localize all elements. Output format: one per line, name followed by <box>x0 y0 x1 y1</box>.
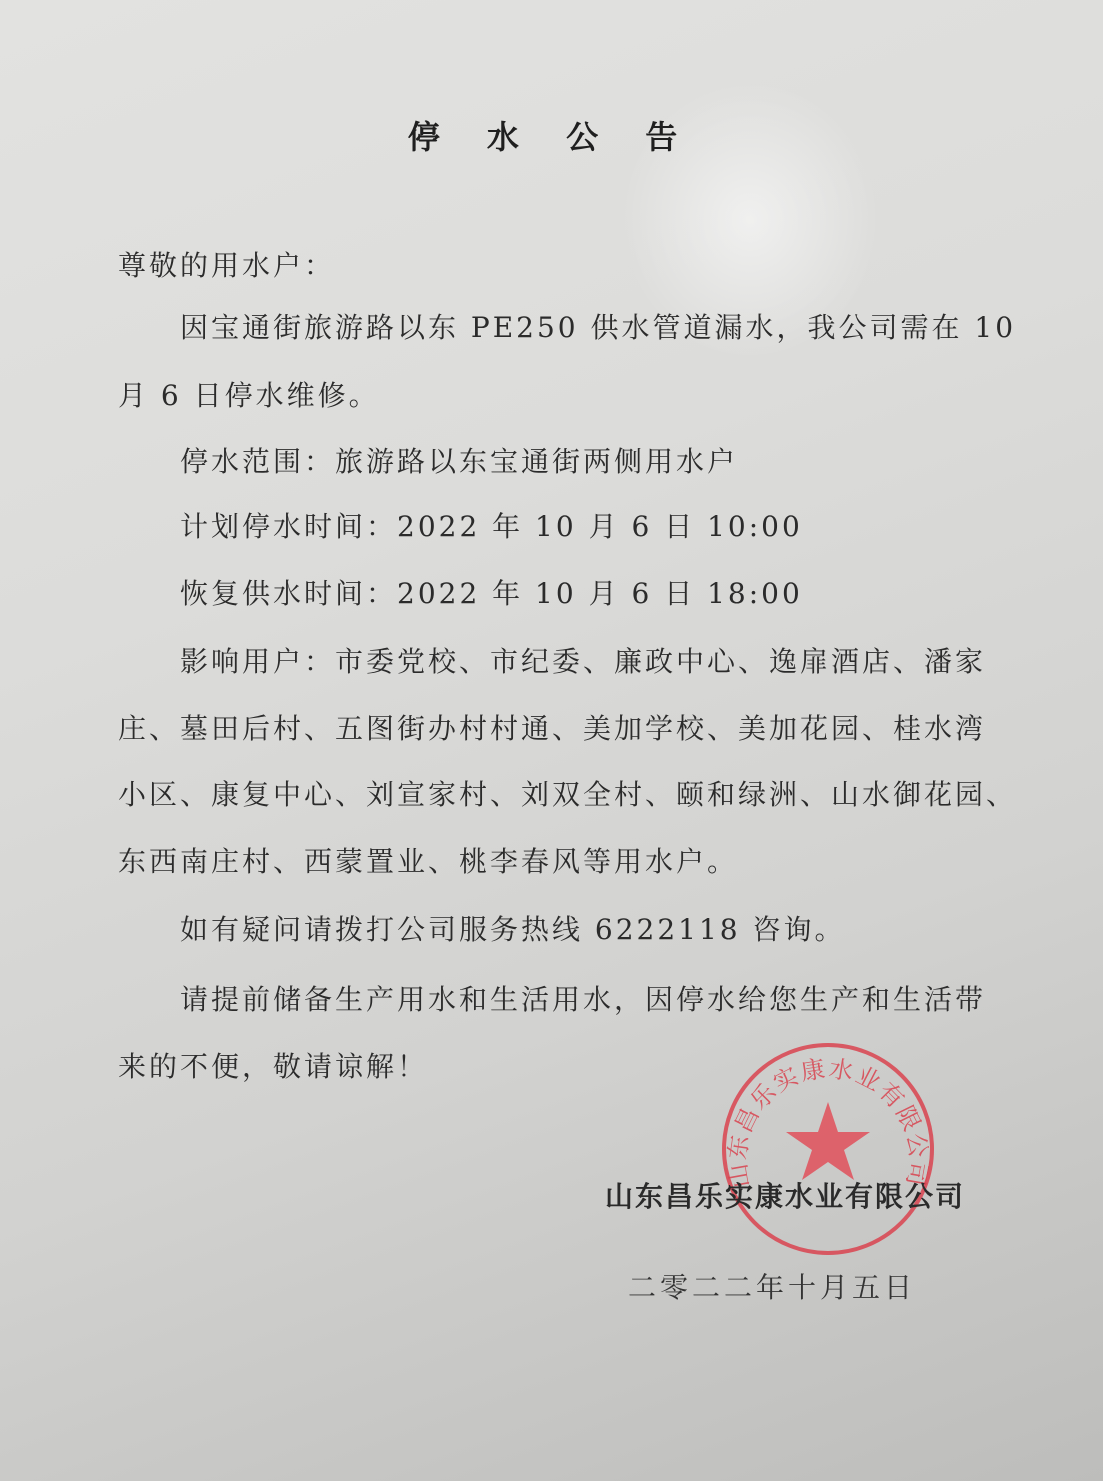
star-icon <box>786 1102 870 1180</box>
body-line-2: 月 6 日停水维修。 <box>118 374 380 414</box>
signer-company: 山东昌乐实康水业有限公司 <box>605 1175 965 1215</box>
scope-line: 停水范围：旅游路以东宝通街两侧用水户 <box>180 440 738 480</box>
signed-date: 二零二二年十月五日 <box>628 1266 916 1306</box>
affected-users-line-4: 东西南庄村、西蒙置业、桃李春风等用水户。 <box>118 840 738 880</box>
body-line-1: 因宝通街旅游路以东 PE250 供水管道漏水，我公司需在 10 <box>180 306 1016 346</box>
affected-users-line-2: 庄、墓田后村、五图街办村村通、美加学校、美加花园、桂水湾 <box>118 707 986 747</box>
affected-users-line-3: 小区、康复中心、刘宣家村、刘双全村、颐和绿洲、山水御花园、 <box>118 773 1017 813</box>
apology-line-2: 来的不便，敬请谅解！ <box>118 1045 428 1085</box>
notice-title: 停 水 公 告 <box>0 112 1103 158</box>
hotline-line: 如有疑问请拨打公司服务热线 6222118 咨询。 <box>180 908 846 948</box>
apology-line-1: 请提前储备生产用水和生活用水，因停水给您生产和生活带 <box>180 978 986 1018</box>
planned-stop-line: 计划停水时间：2022 年 10 月 6 日 10:00 <box>180 505 803 545</box>
restore-line: 恢复供水时间：2022 年 10 月 6 日 18:00 <box>180 572 803 612</box>
company-seal-stamp: 山东昌乐实康水业有限公司 <box>718 1040 938 1258</box>
affected-users-line-1: 影响用户：市委党校、市纪委、廉政中心、逸扉酒店、潘家 <box>180 640 986 680</box>
salutation: 尊敬的用水户： <box>118 244 335 284</box>
